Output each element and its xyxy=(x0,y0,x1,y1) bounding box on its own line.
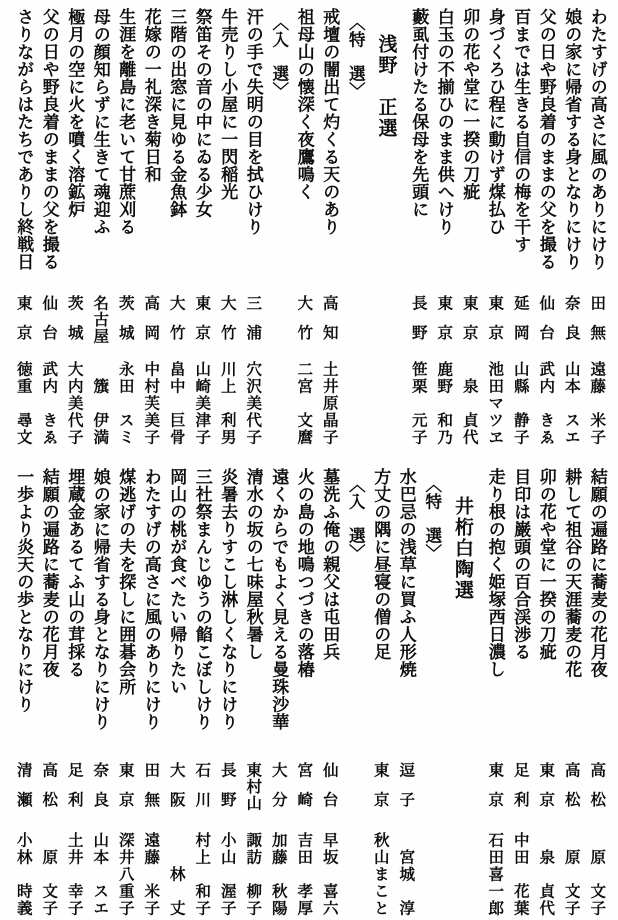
poem-column: 卯の花や堂に一揆の刀疵東京泉 貞代 xyxy=(534,462,560,920)
author-name: 遠藤 米子 xyxy=(586,361,608,446)
marker-text: 〈特 選〉 xyxy=(420,476,444,561)
poem-column: 藪虱付けたる保母を先頭に長野笹栗 元子 xyxy=(406,0,432,462)
author-place: 東京 xyxy=(13,295,35,354)
poem-text: 花嫁の一礼深き菊日和 xyxy=(139,8,164,183)
author-name: 原 文子 xyxy=(561,849,583,917)
poem-text: 耕して祖谷の天涯蕎麦の花 xyxy=(559,468,584,678)
poem-column: 清水の坂の七味屋秋暑し東村山諏訪 柳子 xyxy=(241,462,267,920)
poem-text: 祭笛その音の中にゐる少女 xyxy=(190,8,215,218)
poem-column: 埋蔵金あるてふ山の茸採る足利土井 幸子 xyxy=(62,462,88,920)
author-place: 名古屋 xyxy=(89,295,111,345)
author-place: 東京 xyxy=(484,295,506,354)
poem-text: 一歩より炎天の歩となりにけり xyxy=(11,468,36,713)
poem-text: 三階の出窓に見ゆる金魚鉢 xyxy=(164,8,189,218)
author-place: 大竹 xyxy=(166,295,188,354)
author-name: 遠藤 米子 xyxy=(140,832,162,917)
author-place: 足利 xyxy=(510,762,532,821)
selection-marker: 〈入 選〉 xyxy=(343,462,369,920)
author-name: 大内美代子 xyxy=(64,361,86,446)
poem-column: 白玉の不揃ひのまま供へけり東京鹿野 和乃 xyxy=(432,0,458,462)
selector-header: 浅野 正選 xyxy=(368,0,406,462)
author-name: 深井八重子 xyxy=(115,832,137,917)
poem-text: 方丈の隅に昼寝の僧の足 xyxy=(368,468,393,661)
poem-text: 火の島の地鳴つづきの落椿 xyxy=(292,468,317,678)
band-1: わたすげの高さに風のありにけり田無遠藤 米子娘の家に帰省する身となりにけり奈良山… xyxy=(0,0,618,462)
author-place: 高松 xyxy=(586,762,608,821)
page: わたすげの高さに風のありにけり田無遠藤 米子娘の家に帰省する身となりにけり奈良山… xyxy=(0,0,618,920)
poem-text: 三社祭まんじゆうの餡こぼしけり xyxy=(190,468,215,731)
poem-text: 炎暑去りすこし淋しくなりにけり xyxy=(215,468,240,731)
poem-text: 煤逃げの夫を探しに囲碁会所 xyxy=(113,468,138,696)
author-name: 秋山まこと xyxy=(370,832,392,917)
poem-text: 清水の坂の七味屋秋暑し xyxy=(241,468,266,661)
author-name: 加藤 秋陽 xyxy=(268,832,290,917)
poem-text: 埋蔵金あるてふ山の茸採る xyxy=(62,468,87,678)
author-name: 山崎美津子 xyxy=(191,361,213,446)
author-place: 足利 xyxy=(64,762,86,821)
poem-text: わたすげの高さに風のありにけり xyxy=(139,468,164,731)
author-name: 小山 渥子 xyxy=(217,832,239,917)
poem-column: 炎暑去りすこし淋しくなりにけり長野小山 渥子 xyxy=(215,462,241,920)
author-place: 茨城 xyxy=(64,295,86,354)
author-name: 石田喜一郎 xyxy=(484,832,506,917)
poem-text: わたすげの高さに風のありにけり xyxy=(585,8,610,271)
author-place: 東京 xyxy=(535,762,557,821)
author-place: 東京 xyxy=(370,762,392,821)
poem-column: 身づくろひ程に動けず煤払ひ東京池田マツヱ xyxy=(483,0,509,462)
poem-text: 卯の花や堂に一揆の刀疵 xyxy=(457,8,482,201)
selection-marker: 〈特 選〉 xyxy=(419,462,445,920)
poem-column: 岡山の桃が食べたい帰りたい大阪林 丈 xyxy=(164,462,190,920)
author-place: 茨城 xyxy=(115,295,137,354)
poem-text: 結願の遍路に蕎麦の花月夜 xyxy=(585,468,610,678)
poem-column: 父の日や野良着のままの父を撮る仙台武内 きゑ xyxy=(534,0,560,462)
author-place: 大分 xyxy=(268,762,290,821)
author-place: 大竹 xyxy=(217,295,239,354)
author-place: 奈良 xyxy=(561,295,583,354)
poem-column: 極月の空に火を噴く溶鉱炉茨城大内美代子 xyxy=(62,0,88,462)
author-name: 笹栗 元子 xyxy=(408,361,430,446)
author-place: 東京 xyxy=(115,762,137,821)
poem-column: 卯の花や堂に一揆の刀疵東京泉 貞代 xyxy=(457,0,483,462)
marker-text: 〈入 選〉 xyxy=(343,476,367,561)
author-name: 山本 スエ xyxy=(89,832,111,917)
poem-text: 走り根の抱く姫塚西日濃し xyxy=(483,468,508,678)
poem-text: 母の顔知らずに生きて魂迎ふ xyxy=(88,8,113,236)
selection-marker: 〈特 選〉 xyxy=(343,0,369,462)
author-place: 石川 xyxy=(191,762,213,821)
author-name: 吉田 孝厚 xyxy=(293,832,315,917)
poem-text: 遠くからでもよく見える曼珠沙華 xyxy=(266,468,291,731)
author-name: 徳重 尋文 xyxy=(13,361,35,446)
poem-column: 父の日や野良着のままの父を撮る仙台武内 きゑ xyxy=(37,0,63,462)
author-place: 高松 xyxy=(38,762,60,821)
poem-text: 生涯を離島に老いて甘蔗刈る xyxy=(113,8,138,236)
author-place: 高知 xyxy=(319,295,341,354)
poem-column: 娘の家に帰省する身となりにけり奈良山本 スエ xyxy=(559,0,585,462)
poem-text: 父の日や野良着のままの父を撮る xyxy=(534,8,559,271)
author-place: 清瀬 xyxy=(13,762,35,821)
author-name: 武内 きゑ xyxy=(535,361,557,446)
poem-text: 娘の家に帰省する身となりにけり xyxy=(559,8,584,271)
poem-column: 火の島の地鳴つづきの落椿宮崎吉田 孝厚 xyxy=(292,462,318,920)
author-name: 武内 きゑ xyxy=(38,361,60,446)
poem-column: 方丈の隅に昼寝の僧の足東京秋山まこと xyxy=(368,462,394,920)
poem-text: 祖母山の懐深く夜鷹鳴く xyxy=(292,8,317,201)
author-place: 逗子 xyxy=(395,762,417,821)
poem-column: 娘の家に帰省する身となりにけり奈良山本 スエ xyxy=(88,462,114,920)
author-name: 小林 時義 xyxy=(13,832,35,917)
poem-column: 結願の遍路に蕎麦の花月夜高松原 文子 xyxy=(37,462,63,920)
poem-column: 三階の出窓に見ゆる金魚鉢大竹畠中 巨骨 xyxy=(164,0,190,462)
author-place: 高松 xyxy=(561,762,583,821)
author-name: 中田 花葉 xyxy=(510,832,532,917)
poem-text: 身づくろひ程に動けず煤払ひ xyxy=(483,8,508,236)
author-name: 川上 利男 xyxy=(217,361,239,446)
author-place: 大阪 xyxy=(166,762,188,821)
poem-text: さりながらはたちでありし終戦日 xyxy=(11,8,36,271)
author-name: 中村芙美子 xyxy=(140,361,162,446)
poem-column: 墓洗ふ俺の親父は屯田兵仙台早坂 喜六 xyxy=(317,462,343,920)
author-place: 仙台 xyxy=(535,295,557,354)
author-place: 田無 xyxy=(140,762,162,821)
band-2: 結願の遍路に蕎麦の花月夜高松原 文子耕して祖谷の天涯蕎麦の花高松原 文子卯の花や… xyxy=(0,462,618,920)
author-place: 奈良 xyxy=(89,762,111,821)
poem-column: わたすげの高さに風のありにけり田無遠藤 米子 xyxy=(139,462,165,920)
poem-column: 生涯を離島に老いて甘蔗刈る茨城永田 スミ xyxy=(113,0,139,462)
author-name: 山縣 静子 xyxy=(510,361,532,446)
author-place: 三浦 xyxy=(242,295,264,354)
author-place: 長野 xyxy=(217,762,239,821)
author-place: 長野 xyxy=(408,295,430,354)
author-place: 東京 xyxy=(191,295,213,354)
poem-text: 戒壇の闇出て灼くる天のあり xyxy=(317,8,342,236)
poem-text: 結願の遍路に蕎麦の花月夜 xyxy=(37,468,62,678)
author-name: 穴沢美代子 xyxy=(242,361,264,446)
poem-column: 一歩より炎天の歩となりにけり清瀬小林 時義 xyxy=(11,462,37,920)
author-name: 諏訪 柳子 xyxy=(242,832,264,917)
poem-column: 戒壇の闇出て灼くる天のあり高知土井原晶子 xyxy=(317,0,343,462)
selection-marker: 〈入 選〉 xyxy=(266,0,292,462)
author-name: 土井 幸子 xyxy=(64,832,86,917)
poem-column: 牛売りし小屋に一閃稲光大竹川上 利男 xyxy=(215,0,241,462)
author-name: 山本 スエ xyxy=(561,361,583,446)
poem-text: 極月の空に火を噴く溶鉱炉 xyxy=(62,8,87,218)
poem-text: 父の日や野良着のままの父を撮る xyxy=(37,8,62,271)
poem-column: 花嫁の一礼深き菊日和高岡中村芙美子 xyxy=(139,0,165,462)
author-name: 鹿野 和乃 xyxy=(433,361,455,446)
author-place: 大竹 xyxy=(293,295,315,354)
poem-text: 墓洗ふ俺の親父は屯田兵 xyxy=(317,468,342,661)
poem-column: 煤逃げの夫を探しに囲碁会所東京深井八重子 xyxy=(113,462,139,920)
author-name: 泉 貞代 xyxy=(535,849,557,917)
author-name: 畠中 巨骨 xyxy=(166,361,188,446)
author-place: 東京 xyxy=(484,762,506,821)
poem-column: 走り根の抱く姫塚西日濃し東京石田喜一郎 xyxy=(483,462,509,920)
author-name: 池田マツヱ xyxy=(484,361,506,446)
author-name: 泉 貞代 xyxy=(459,378,481,446)
author-name: 早坂 喜六 xyxy=(319,832,341,917)
poem-text: 藪虱付けたる保母を先頭に xyxy=(406,8,431,218)
poem-text: 牛売りし小屋に一閃稲光 xyxy=(215,8,240,201)
poem-text: 目印は巌頭の百合渓渉る xyxy=(508,468,533,661)
author-name: 永田 スミ xyxy=(115,361,137,446)
poem-column: 祭笛その音の中にゐる少女東京山崎美津子 xyxy=(190,0,216,462)
poem-text: 白玉の不揃ひのまま供へけり xyxy=(432,8,457,236)
poem-column: 遠くからでもよく見える曼珠沙華大分加藤 秋陽 xyxy=(266,462,292,920)
poem-column: 水巴忌の浅草に買ふ人形焼逗子宮城 淳 xyxy=(394,462,420,920)
poem-text: 汗の手で失明の目を拭ひけり xyxy=(241,8,266,236)
poem-column: さりながらはたちでありし終戦日東京徳重 尋文 xyxy=(11,0,37,462)
poem-column: 汗の手で失明の目を拭ひけり三浦穴沢美代子 xyxy=(241,0,267,462)
author-name: 村上 和子 xyxy=(191,832,213,917)
marker-text: 〈特 選〉 xyxy=(343,14,367,99)
author-place: 宮崎 xyxy=(293,762,315,821)
selector-header: 井桁白陶選 xyxy=(445,462,483,920)
author-name: 籏 伊満 xyxy=(89,378,111,446)
poem-text: 卯の花や堂に一揆の刀疵 xyxy=(534,468,559,661)
poem-column: 三社祭まんじゆうの餡こぼしけり石川村上 和子 xyxy=(190,462,216,920)
poem-column: 百までは生きる自信の梅を干す延岡山縣 静子 xyxy=(508,0,534,462)
header-text: 浅野 正選 xyxy=(374,34,401,139)
poem-column: 目印は巌頭の百合渓渉る足利中田 花葉 xyxy=(508,462,534,920)
poem-column: 結願の遍路に蕎麦の花月夜高松原 文子 xyxy=(585,462,611,920)
author-name: 土井原晶子 xyxy=(319,361,341,446)
author-place: 東村山 xyxy=(242,762,264,812)
poem-text: 水巴忌の浅草に買ふ人形焼 xyxy=(394,468,419,678)
author-name: 林 丈 xyxy=(166,866,188,917)
author-place: 延岡 xyxy=(510,295,532,354)
author-place: 田無 xyxy=(586,295,608,354)
poem-column: わたすげの高さに風のありにけり田無遠藤 米子 xyxy=(585,0,611,462)
author-place: 東京 xyxy=(433,295,455,354)
author-name: 原 文子 xyxy=(38,849,60,917)
author-place: 高岡 xyxy=(140,295,162,354)
author-place: 仙台 xyxy=(319,762,341,821)
author-name: 二宮 文麿 xyxy=(293,361,315,446)
author-name: 原 文子 xyxy=(586,849,608,917)
author-name: 宮城 淳 xyxy=(395,849,417,917)
header-text: 井桁白陶選 xyxy=(450,496,477,601)
poem-column: 耕して祖谷の天涯蕎麦の花高松原 文子 xyxy=(559,462,585,920)
author-place: 仙台 xyxy=(38,295,60,354)
poem-text: 百までは生きる自信の梅を干す xyxy=(508,8,533,253)
author-place: 東京 xyxy=(459,295,481,354)
poem-column: 祖母山の懐深く夜鷹鳴く大竹二宮 文麿 xyxy=(292,0,318,462)
poem-text: 岡山の桃が食べたい帰りたい xyxy=(164,468,189,696)
marker-text: 〈入 選〉 xyxy=(267,14,291,99)
poem-text: 娘の家に帰省する身となりにけり xyxy=(88,468,113,731)
poem-column: 母の顔知らずに生きて魂迎ふ名古屋籏 伊満 xyxy=(88,0,114,462)
